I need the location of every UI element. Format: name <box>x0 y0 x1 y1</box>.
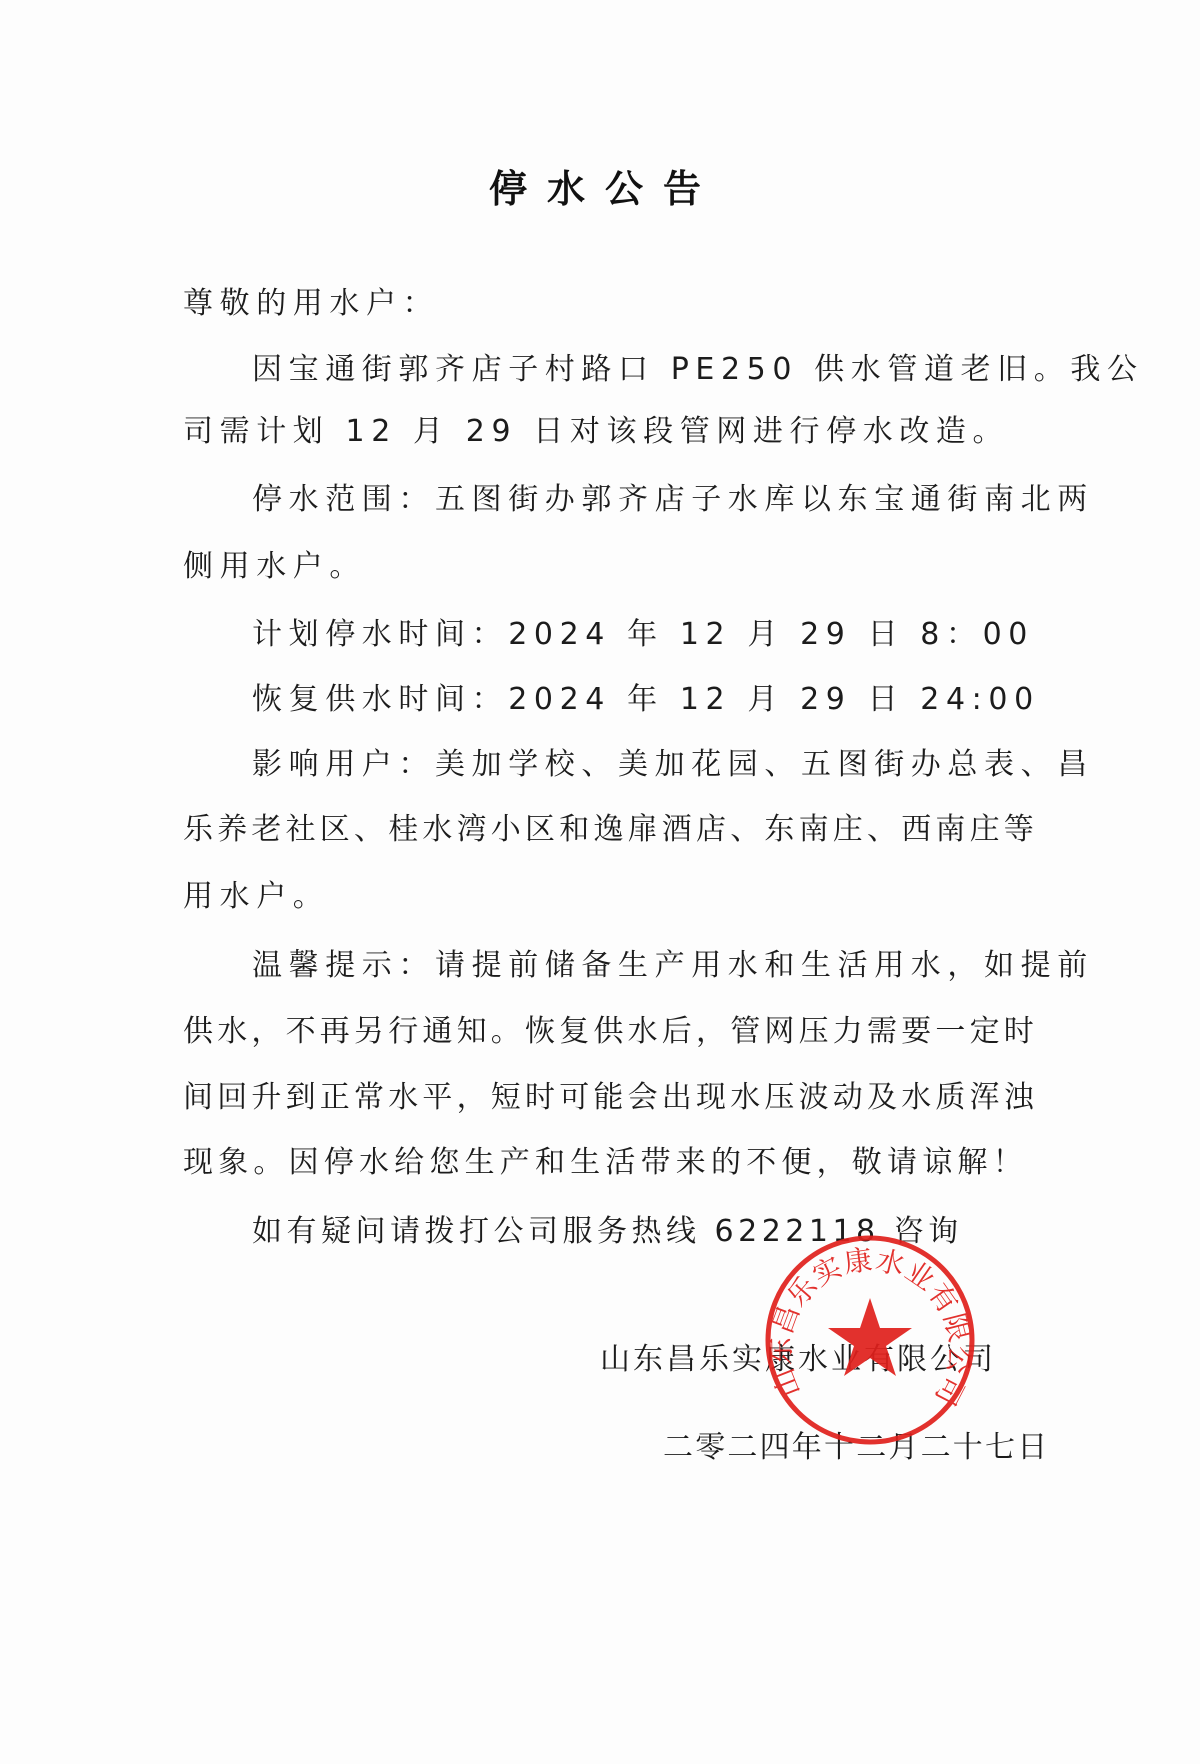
stop-time-line: 计划停水时间：2024 年 12 月 29 日 8：00 <box>252 617 1034 653</box>
svg-text:山东昌乐实康水业有限公司: 山东昌乐实康水业有限公司 <box>764 1243 977 1412</box>
salutation: 尊敬的用水户： <box>183 286 439 322</box>
notice-title: 停水公告 <box>0 158 1200 213</box>
notice-page: 停水公告 尊敬的用水户： 因宝通街郭齐店子村路口 PE250 供水管道老旧。我公… <box>0 0 1200 1764</box>
notice-date: 二零二四年十二月二十七日 <box>663 1430 1049 1466</box>
paragraph-line: 影响用户：美加学校、美加花园、五图街办总表、昌 <box>252 747 1094 783</box>
restore-time-line: 恢复供水时间：2024 年 12 月 29 日 24:00 <box>252 682 1040 718</box>
paragraph-line: 用水户。 <box>183 879 329 915</box>
company-seal-icon: 山东昌乐实康水业有限公司 <box>762 1232 978 1448</box>
paragraph-line: 供水，不再另行通知。恢复供水后，管网压力需要一定时 <box>183 1014 1038 1050</box>
paragraph-line: 停水范围：五图街办郭齐店子水库以东宝通街南北两 <box>252 482 1094 518</box>
paragraph-line: 现象。因停水给您生产和生活带来的不便，敬请谅解！ <box>183 1145 1028 1181</box>
paragraph-line: 温馨提示：请提前储备生产用水和生活用水，如提前 <box>252 948 1094 984</box>
paragraph-line: 乐养老社区、桂水湾小区和逸扉酒店、东南庄、西南庄等 <box>183 812 1038 848</box>
paragraph-line: 间回升到正常水平，短时可能会出现水压波动及水质浑浊 <box>183 1080 1038 1116</box>
paragraph-line: 司需计划 12 月 29 日对该段管网进行停水改造。 <box>183 414 1009 450</box>
seal-text: 山东昌乐实康水业有限公司 <box>764 1243 977 1412</box>
paragraph-line: 侧用水户。 <box>183 549 366 585</box>
paragraph-line: 因宝通街郭齐店子村路口 PE250 供水管道老旧。我公 <box>252 352 1144 388</box>
company-signature: 山东昌乐实康水业有限公司 <box>600 1342 996 1378</box>
hotline-line: 如有疑问请拨打公司服务热线 6222118 咨询 <box>252 1214 963 1250</box>
